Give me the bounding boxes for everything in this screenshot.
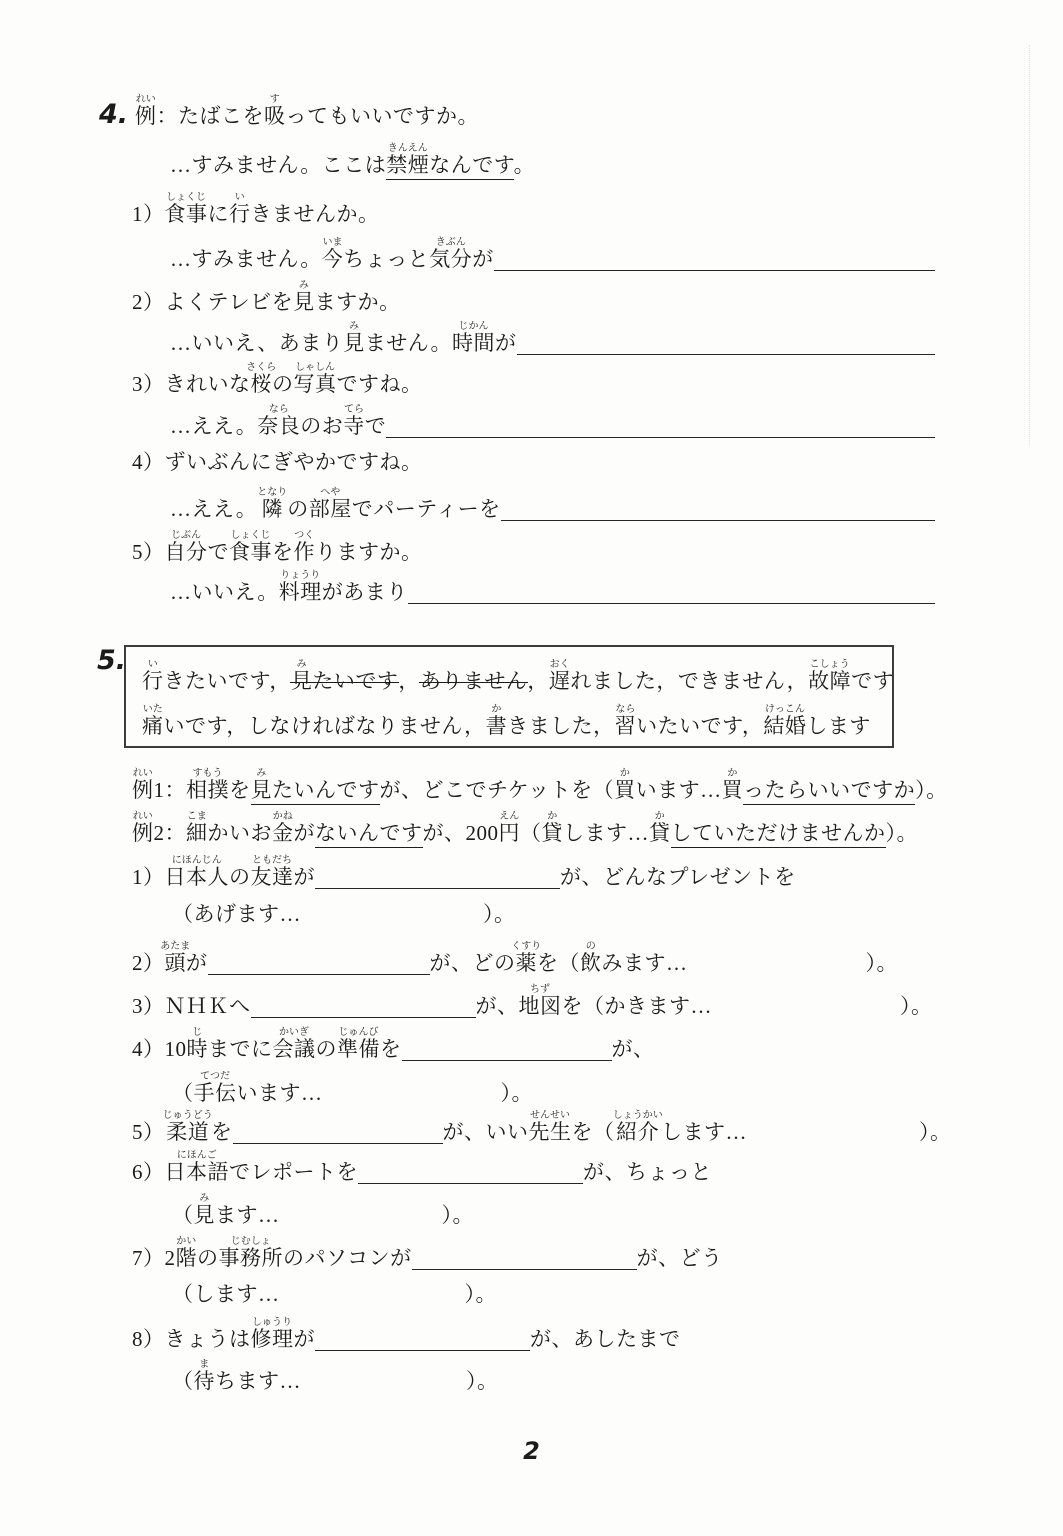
answer-blank [517,353,935,355]
exercise5-item2-line1: 2）頭あたまがが、どの薬くすりを（飲のみます…）。 [132,941,898,978]
exercise5-item4-line2: （手伝てつだいます…）。 [172,1071,533,1108]
answer-blank [233,1142,443,1144]
exercise5-item7-line2: （します…）。 [172,1279,497,1309]
exercise4-item2-question: 2）よくテレビを見みますか。 [132,280,401,317]
page-number: 2 [0,1437,1063,1465]
word-bank-line2: 痛いたいです，しなければなりません，書かきました，習ならいたいです，結婚けっこん… [142,704,871,741]
exercise4-item3-answer: …ええ。奈良ならのお寺てらで [170,404,935,441]
answer-blank [315,1349,530,1351]
exercise4-example-answer: …すみません。ここは禁煙きんえんなんです。 [170,143,535,180]
answer-space [301,920,483,921]
exercise5-item6-line1: 6）日本語にほんごでレポートをが、ちょっと [132,1150,712,1187]
word-bank-box: 行いきたいです，見みたいです，ありません，遅おくれました，できません，故障こしょ… [124,645,894,748]
exercise5-example1: 例れい1：相撲すもうを見みたいんですが、どこでチケットを（買かいます…買かったら… [132,768,948,805]
underlined-text: していただけませんか [671,821,886,848]
underlined-text: ったらいいですか [743,778,915,805]
exercise5-number: 5. [97,646,126,676]
answer-blank [208,973,430,975]
answer-space [688,969,866,970]
answer-blank [494,269,935,271]
answer-space [280,1300,465,1301]
exercise4-item5-answer: …いいえ。料理りょうりがあまり [170,570,935,607]
exercise4-item1-question: 1）食事しょくじに行いきませんか。 [132,192,380,229]
exercise5-item8-line1: 8）きょうは修理しゅうりがが、あしたまで [132,1317,681,1354]
exercise5-item5-line1: 5）柔道じゅうどうをが、いい先生せんせいを（紹介しょうかいします…）。 [132,1110,952,1147]
answer-space [747,1138,919,1139]
underlined-text: ないんです [315,821,423,848]
answer-space [712,1012,900,1013]
answer-space [323,1099,501,1100]
answer-space [301,1387,466,1388]
underlined-text: 禁煙きんえんなんです [386,153,513,180]
answer-space [280,1221,442,1222]
answer-blank [408,602,935,604]
answer-blank [386,436,935,438]
exercise4-number: 4. [99,99,128,130]
exercise5-item7-line1: 7）2階かいの事務所じむしょのパソコンがが、どう [132,1236,723,1273]
answer-blank [501,519,935,521]
scan-artifact-dotted-line [1029,45,1030,445]
exercise4-item2-answer: …いいえ、あまり見みません。時間じかんが [170,321,935,358]
crossed-out-word: ありません [420,669,528,693]
exercise4-example-question: 例れい：たばこを吸すってもいいですか。 [135,104,479,128]
exercise5-item3-line1: 3）ＮＨＫへが、地図ちずを（かきます…）。 [132,984,933,1021]
answer-blank [251,1016,476,1018]
underlined-text: 見みたいんです [251,778,380,805]
exercise4-item3-question: 3）きれいな桜さくらの写真しゃしんですね。 [132,362,423,399]
exercise4-item4-answer: …ええ。隣となりの部屋へやでパーティーを [170,487,935,524]
exercise5-item6-line2: （見みます…）。 [172,1193,474,1230]
word-bank-line1: 行いきたいです，見みたいです，ありません，遅おくれました，できません，故障こしょ… [142,659,894,696]
answer-blank [358,1182,583,1184]
exercise5-item1-line2: （あげます…）。 [172,899,516,929]
answer-blank [315,887,560,889]
exercise5-item1-line1: 1）日本人にほんじんの友達ともだちがが、どんなプレゼントを [132,855,796,892]
exercise4-item1-answer: …すみません。今いまちょっと気分きぶんが [170,237,935,274]
exercise4-item4-question: 4）ずいぶんにぎやかですね。 [132,447,423,477]
exercise5-item4-line1: 4）10時じまでに会議かいぎの準備じゅんびをが、 [132,1027,655,1064]
workbook-page: 4.例れい：たばこを吸すってもいいですか。 …すみません。ここは禁煙きんえんなん… [0,0,1063,1536]
exercise4-heading-row: 4.例れい：たばこを吸すってもいいですか。 [99,94,479,131]
exercise5-example2: 例れい2：細こまかいお金かねがないんですが、200円えん（貸かします…貸かしてい… [132,811,918,848]
crossed-out-word: 見みたいです [291,669,399,693]
answer-blank [402,1059,612,1061]
answer-blank [412,1268,637,1270]
exercise4-item5-question: 5）自分じぶんで食事しょくじを作つくりますか。 [132,530,423,567]
exercise5-item8-line2: （待まちます…）。 [172,1359,499,1396]
